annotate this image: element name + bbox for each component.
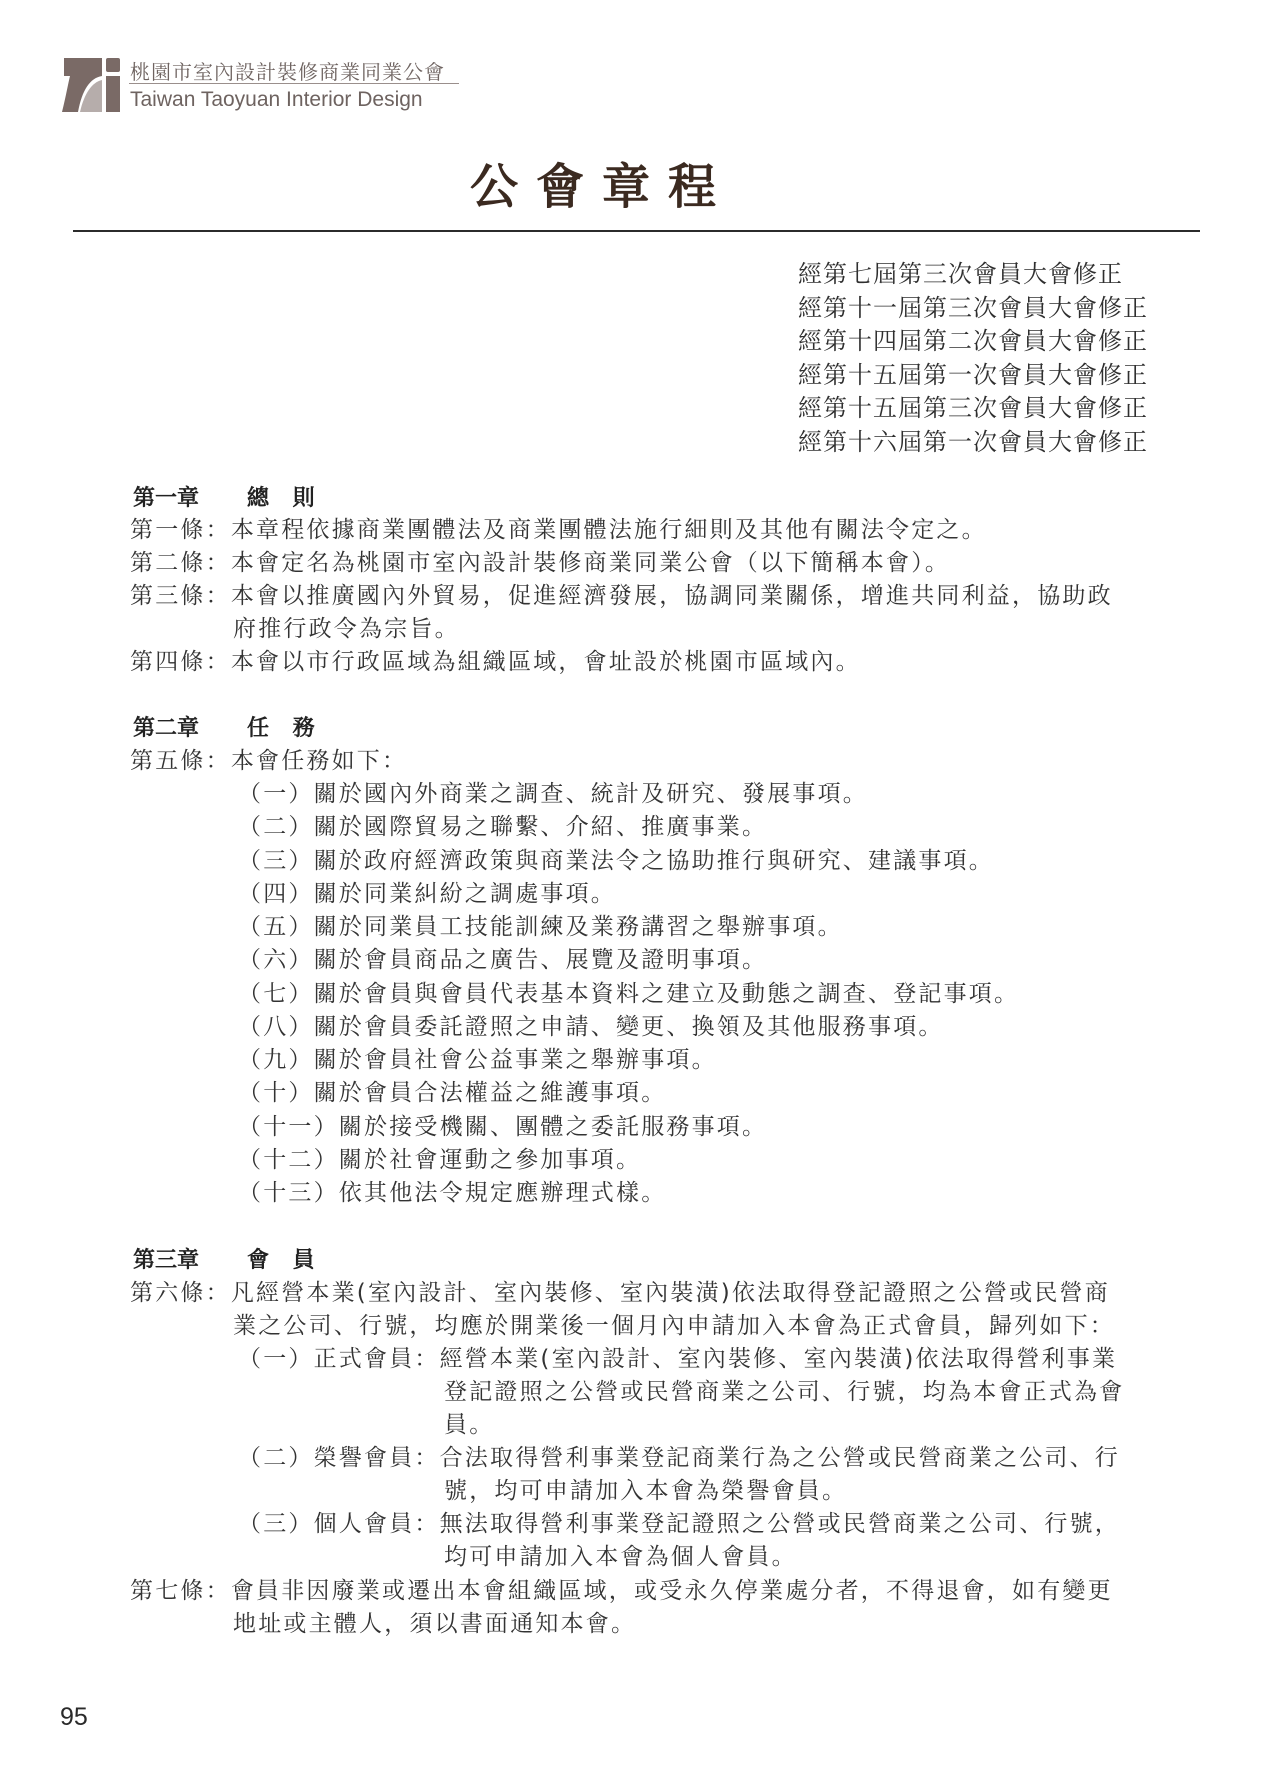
member-type-text-continued: 員。 — [444, 1409, 494, 1442]
list-item: （一）關於國內外商業之調查、統計及研究、發展事項。 — [238, 778, 868, 811]
amendment-list: 經第七屆第三次會員大會修正 經第十一屆第三次會員大會修正 經第十四屆第二次會員大… — [798, 258, 1148, 460]
article: 第六條：凡經營本業(室內設計、室內裝修、室內裝潢)依法取得登記證照之公營或民營商 — [130, 1277, 1110, 1310]
member-type: （二）榮譽會員：合法取得營利事業登記商業行為之公營或民營商業之公司、行 — [238, 1442, 1120, 1475]
article-label: 第一條： — [130, 517, 231, 543]
article-text: 凡經營本業(室內設計、室內裝修、室內裝潢)依法取得登記證照之公營或民營商 — [231, 1280, 1110, 1306]
member-type-label: （三）個人會員： — [238, 1511, 440, 1537]
article-text: 本會以市行政區域為組織區域，會址設於桃園市區域內。 — [231, 649, 861, 675]
chapter-name: 會 員 — [247, 1247, 323, 1273]
article: 第四條：本會以市行政區域為組織區域，會址設於桃園市區域內。 — [130, 646, 861, 679]
amendment-item: 經第十五屆第三次會員大會修正 — [798, 392, 1148, 426]
member-type: （三）個人會員：無法取得營利事業登記證照之公營或民營商業之公司、行號， — [238, 1508, 1120, 1541]
logo-divider — [129, 83, 459, 84]
list-item: （二）關於國際貿易之聯繫、介紹、推廣事業。 — [238, 811, 767, 844]
list-item: （十）關於會員合法權益之維護事項。 — [238, 1077, 666, 1110]
list-item: （三）關於政府經濟政策與商業法令之協助推行與研究、建議事項。 — [238, 845, 994, 878]
article-label: 第二條： — [130, 550, 231, 576]
member-type-text-continued: 登記證照之公營或民營商業之公司、行號，均為本會正式為會 — [444, 1376, 1124, 1409]
member-type-label: （二）榮譽會員： — [238, 1445, 440, 1471]
member-type-text-continued: 號，均可申請加入本會為榮譽會員。 — [444, 1475, 847, 1508]
chapter-number: 第一章 — [133, 481, 247, 512]
amendment-item: 經第七屆第三次會員大會修正 — [798, 258, 1148, 292]
member-type-text: 合法取得營利事業登記商業行為之公營或民營商業之公司、行 — [440, 1445, 1120, 1471]
chapter-number: 第二章 — [133, 711, 247, 742]
title-divider — [73, 230, 1200, 232]
article: 第五條：本會任務如下： — [130, 745, 407, 778]
article: 第七條：會員非因廢業或遷出本會組織區域，或受永久停業處分者，不得退會，如有變更 — [130, 1575, 1113, 1608]
amendment-item: 經第十五屆第一次會員大會修正 — [798, 359, 1148, 393]
article-text-continued: 業之公司、行號，均應於開業後一個月內申請加入本會為正式會員，歸列如下： — [233, 1310, 1115, 1343]
member-type-text: 經營本業(室內設計、室內裝修、室內裝潢)依法取得營利事業 — [440, 1346, 1118, 1372]
article-label: 第三條： — [130, 583, 231, 609]
list-item: （七）關於會員與會員代表基本資料之建立及動態之調查、登記事項。 — [238, 978, 1019, 1011]
article-label: 第七條： — [130, 1578, 231, 1604]
amendment-item: 經第十四屆第二次會員大會修正 — [798, 325, 1148, 359]
list-item: （六）關於會員商品之廣告、展覽及證明事項。 — [238, 944, 767, 977]
org-name-en: Taiwan Taoyuan Interior Design — [130, 88, 423, 112]
chapter-name: 任 務 — [247, 715, 323, 741]
page-number: 95 — [60, 1703, 88, 1732]
article-text: 本章程依據商業團體法及商業團體法施行細則及其他有關法令定之。 — [231, 517, 987, 543]
article-text: 本會以推廣國內外貿易，促進經濟發展，協調同業關係，增進共同利益，協助政 — [231, 583, 1113, 609]
chapter-name: 總 則 — [247, 485, 323, 511]
list-item: （十二）關於社會運動之參加事項。 — [238, 1144, 641, 1177]
chapter-heading: 第一章總 則 — [133, 481, 323, 512]
list-item: （十一）關於接受機關、團體之委託服務事項。 — [238, 1111, 767, 1144]
list-item: （五）關於同業員工技能訓練及業務講習之舉辦事項。 — [238, 911, 843, 944]
list-item: （十三）依其他法令規定應辦理式樣。 — [238, 1177, 666, 1210]
chapter-heading: 第二章任 務 — [133, 711, 323, 742]
amendment-item: 經第十一屆第三次會員大會修正 — [798, 292, 1148, 326]
article-label: 第六條： — [130, 1280, 231, 1306]
chapter-number: 第三章 — [133, 1243, 247, 1274]
list-item: （四）關於同業糾紛之調處事項。 — [238, 878, 616, 911]
article-text: 會員非因廢業或遷出本會組織區域，或受永久停業處分者，不得退會，如有變更 — [231, 1578, 1113, 1604]
member-type: （一）正式會員：經營本業(室內設計、室內裝修、室內裝潢)依法取得營利事業 — [238, 1343, 1117, 1376]
member-type-text-continued: 均可申請加入本會為個人會員。 — [444, 1541, 797, 1574]
amendment-item: 經第十六屆第一次會員大會修正 — [798, 426, 1148, 460]
member-type-text: 無法取得營利事業登記證照之公營或民營商業之公司、行號， — [440, 1511, 1120, 1537]
logo-icon — [60, 56, 122, 114]
article: 第一條：本章程依據商業團體法及商業團體法施行細則及其他有關法令定之。 — [130, 514, 987, 547]
chapter-heading: 第三章會 員 — [133, 1243, 323, 1274]
article-label: 第四條： — [130, 649, 231, 675]
article: 第三條：本會以推廣國內外貿易，促進經濟發展，協調同業關係，增進共同利益，協助政 — [130, 580, 1113, 613]
article-text: 本會任務如下： — [231, 748, 407, 774]
article-text-continued: 地址或主體人，須以書面通知本會。 — [233, 1608, 636, 1641]
list-item: （九）關於會員社會公益事業之舉辦事項。 — [238, 1044, 717, 1077]
article: 第二條：本會定名為桃園市室內設計裝修商業同業公會（以下簡稱本會）。 — [130, 547, 950, 580]
article-text: 本會定名為桃園市室內設計裝修商業同業公會（以下簡稱本會）。 — [231, 550, 950, 576]
article-label: 第五條： — [130, 748, 231, 774]
member-type-label: （一）正式會員： — [238, 1346, 440, 1372]
article-text-continued: 府推行政令為宗旨。 — [233, 613, 460, 646]
list-item: （八）關於會員委託證照之申請、變更、換領及其他服務事項。 — [238, 1011, 944, 1044]
org-name-zh: 桃園市室內設計裝修商業同業公會 — [130, 56, 445, 85]
page-title: 公會章程 — [470, 148, 770, 217]
